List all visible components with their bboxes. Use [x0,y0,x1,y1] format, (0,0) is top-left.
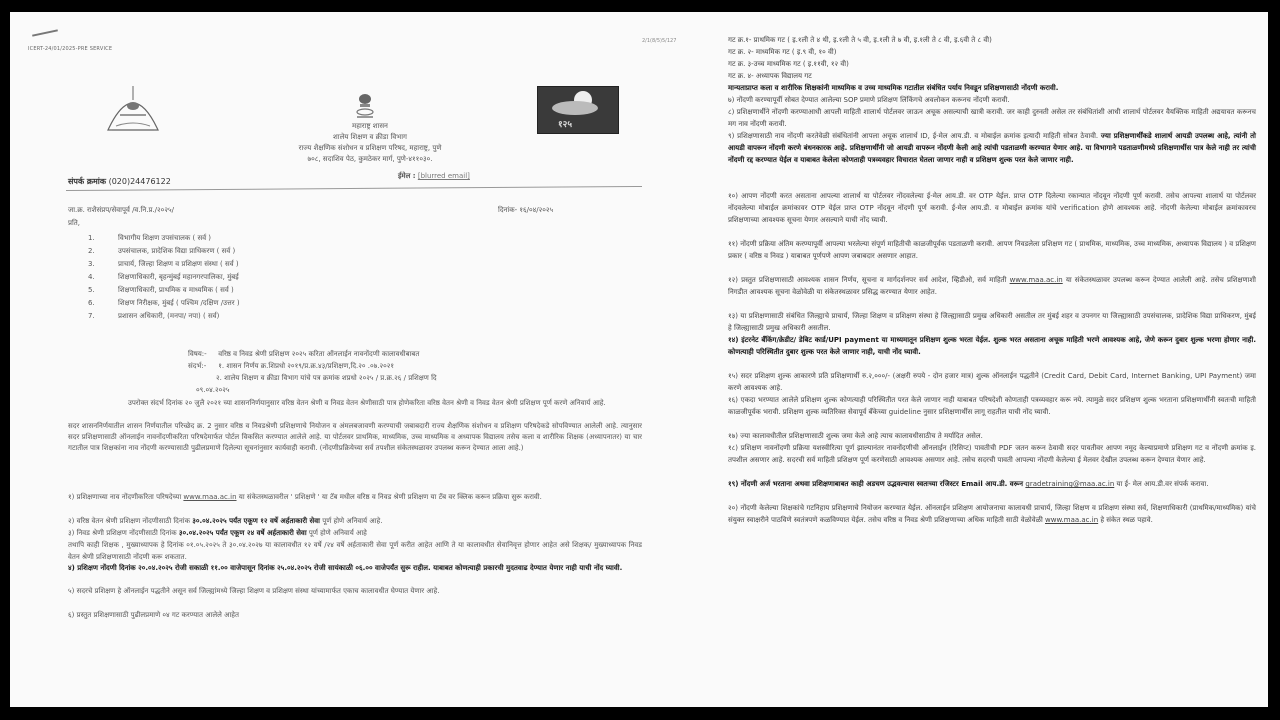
intro-paragraph-2: सदर शासननिर्णयातील शासन निर्णयातील परिच्… [68,421,642,454]
numbered-point: १३) या प्रशिक्षणासाठी संबंधित जिल्ह्याचे… [728,310,1256,334]
point-text: ९) प्रशिक्षणासाठी नाव नोंदणी करतेवेळी सं… [728,132,1101,140]
numbered-point: १०) आपण नोंदणी करत असताना आपल्या शालार्थ… [728,190,1256,226]
point-text: १७) ज्या कालावधीतील प्रशिक्षणासाठी शुल्क… [728,432,983,440]
header-government: महाराष्ट्र शासन [160,122,580,131]
numbered-point: १९) नोंदणी अर्ज भरताना अथवा प्रशिक्षणाबा… [728,478,1256,490]
header-council: राज्य शैक्षणिक संशोधन व प्रशिक्षण परिषद,… [160,144,580,153]
recipient-item: 2.उपसंचालक, प्रादेशिक विद्या प्राधिकरण (… [88,247,235,256]
numbered-point: १५) सदर प्रशिक्षण शुल्क आकारणे प्रति प्र… [728,370,1256,394]
point-text: ८) प्रशिक्षणार्थीने नोंदणी करण्याआधी आपल… [728,108,1256,128]
group-note: मान्यताप्राप्त कला व शारीरिक शिक्षकांनी … [728,82,1256,94]
numbered-point: ५) सदरचे प्रशिक्षण हे ऑनलाईन पद्धतीने अस… [68,586,642,598]
point-text: ७) नोंदणी करण्यापूर्वी सोबत देण्यात आलेल… [728,96,1010,104]
numbered-point: १) प्रशिक्षणाच्या नाव नोंदणीकरिता परिषदे… [68,492,642,504]
numbered-point: १७) ज्या कालावधीतील प्रशिक्षणासाठी शुल्क… [728,430,1256,442]
letter-date: दिनांक- १६/०४/२०२५ [498,206,553,215]
point-text: या ई- मेल आय.डी.वर संपर्क करावा. [1114,480,1208,488]
point-text: १३) या प्रशिक्षणासाठी संबंधित जिल्ह्याचे… [728,312,1256,332]
reference-1: संदर्भ:- १. शासन निर्णय क्र.शिप्रधो २०१९… [188,362,394,371]
recipient-name: प्रशासन अधिकारी, (मनपा/ नपा) ( सर्व) [118,312,219,320]
recipient-number: 2. [88,247,118,255]
recipient-number: 7. [88,312,118,320]
recipient-name: शिक्षण निरीक्षक, मुंबई ( पश्चिम /दक्षिण … [118,299,240,307]
bold-text: ३०.०४.२०२५ पर्यंत एकूण १२ वर्षे अर्हताका… [192,517,320,525]
numbered-point: ७) नोंदणी करण्यापूर्वी सोबत देण्यात आलेल… [728,94,1256,106]
bold-text: ४) प्रशिक्षण नोंदणी दिनांक २०.०४.२०२५ रो… [68,564,622,572]
recipient-name: उपसंचालक, प्रादेशिक विद्या प्राधिकरण ( स… [118,247,235,255]
numbered-point: तथापि काही शिक्षक , मुख्याध्यापक हे दिना… [68,540,642,563]
bold-text: १९) नोंदणी अर्ज भरताना अथवा प्रशिक्षणाबा… [728,480,1025,488]
recipient-item: 1.विभागीय शिक्षण उपसंचालक ( सर्व ) [88,234,211,243]
recipient-number: 5. [88,286,118,294]
subject-line: विषय:- वरिष्ठ व निवड श्रेणी प्रशिक्षण २०… [188,350,419,359]
scert-logo-icon [104,82,162,136]
state-emblem-icon [354,92,376,120]
recipient-item: 3.प्राचार्य, जिल्हा शिक्षण व प्रशिक्षण स… [88,260,239,269]
bold-text: १४) इंटरनेट बँकिंग/क्रेडीट/ डेबिट कार्ड/… [728,336,1256,356]
page-number-stamp: 2/1(8/5)5/127 [642,38,676,44]
header-department: शालेय शिक्षण व क्रीडा विभाग [160,133,580,142]
recipient-item: 7.प्रशासन अधिकारी, (मनपा/ नपा) ( सर्व) [88,312,219,321]
recipient-number: 3. [88,260,118,268]
point-text: १६) एकदा भरण्यात आलेले प्रशिक्षण शुल्क क… [728,396,1256,416]
to-label: प्रति, [68,219,80,228]
point-text: १) प्रशिक्षणाच्या नाव नोंदणीकरिता परिषदे… [68,493,183,501]
point-text: ५) सदरचे प्रशिक्षण हे ऑनलाईन पद्धतीने अस… [68,587,439,595]
point-text: ३) निवड श्रेणी प्रशिक्षण नोंदणीसाठी दिना… [68,529,179,537]
point-text: तथापि काही शिक्षक , मुख्याध्यापक हे दिना… [68,541,642,561]
page-2: 2/1(8/5)5/127 गट क्र.१- प्राथमिक गट ( इ.… [642,12,1268,707]
link[interactable]: www.maa.ac.in [1045,516,1098,524]
point-text: २०) नोंदणी केलेल्या शिक्षकांचे गटनिहाय प… [728,504,1256,524]
numbered-point: २) वरिष्ठ वेतन श्रेणी प्रशिक्षण नोंदणीसा… [68,516,642,528]
point-text: २) वरिष्ठ वेतन श्रेणी प्रशिक्षण नोंदणीसा… [68,517,192,525]
recipient-name: प्राचार्य, जिल्हा शिक्षण व प्रशिक्षण संस… [118,260,239,268]
link[interactable]: www.maa.ac.in [1010,276,1063,284]
point-text: १५) सदर प्रशिक्षण शुल्क आकारणे प्रति प्र… [728,372,1256,392]
numbered-point: २०) नोंदणी केलेल्या शिक्षकांचे गटनिहाय प… [728,502,1256,526]
bold-text: ३०.०४.२०२५ पर्यंत एकूण २४ वर्षे अर्हताका… [179,529,307,537]
point-text: १०) आपण नोंदणी करत असताना आपल्या शालार्थ… [728,192,1256,224]
group-item: गट क्र. २- माध्यमिक गट ( इ.९ वी, १० वी) [728,46,1256,58]
pen-mark [32,29,58,36]
recipient-item: 4.शिक्षणाधिकारी, बृहन्मुंबई महानगरपालिका… [88,273,239,282]
group-item: गट क्र.१- प्राथमिक गट ( इ.१ली ते ४ थी, इ… [728,34,1256,46]
point-text: ६) प्रस्तुत प्रशिक्षणासाठी पुढीलप्रमाणे … [68,611,239,619]
recipient-item: 5.शिक्षणाधिकारी, प्राथमिक व माध्यमिक ( स… [88,286,234,295]
point-text: पूर्ण होणे अनिवार्य आहे. [320,517,382,525]
contact-number: संपर्क क्रमांक (020)24476122 [68,176,171,187]
outward-number: जा.क्र. राशैसंप्रप/सेवापूर्व /व.नि.प्र./… [68,206,174,215]
reference-2-date: ०९.०४.२०२५ [196,386,230,395]
email-link[interactable]: [blurred email] [418,172,470,180]
page-1: ICERT-24/01/2025-PRE SERVICE १२५ [10,12,642,707]
numbered-point: ९) प्रशिक्षणासाठी नाव नोंदणी करतेवेळी सं… [728,130,1256,166]
numbered-point: ६) प्रस्तुत प्रशिक्षणासाठी पुढीलप्रमाणे … [68,610,642,622]
link[interactable]: gradetraining@maa.ac.in [1025,480,1114,488]
point-text: या संकेतस्थळावरील ' प्रशिक्षणे ' या टॅब … [237,493,542,501]
file-reference: ICERT-24/01/2025-PRE SERVICE [28,46,112,52]
scanned-document: ICERT-24/01/2025-PRE SERVICE १२५ [10,12,1268,707]
link[interactable]: www.maa.ac.in [183,493,236,501]
point-text: १२) प्रस्तुत प्रशिक्षणासाठी आवश्यक शासन … [728,276,1010,284]
numbered-point: १२) प्रस्तुत प्रशिक्षणासाठी आवश्यक शासन … [728,274,1256,298]
numbered-point: ३) निवड श्रेणी प्रशिक्षण नोंदणीसाठी दिना… [68,528,642,540]
email-line: ईमेल : [blurred email] [398,172,470,181]
point-text: ११) नोंदणी प्रक्रिया अंतिम करण्यापूर्वी … [728,240,1256,260]
point-text: हे संकेत स्थळ पहावे. [1098,516,1153,524]
point-text: १८) प्रशिक्षण नावनोंदणी प्रक्रिया यशस्वी… [728,444,1256,464]
header-address: ७०८, सदाशिव पेठ, कुमठेकर मार्ग, पुणे-४११… [160,155,580,164]
reference-2: २. शालेय शिक्षण व क्रीडा विभाग यांचे पत्… [216,374,437,383]
numbered-point: १६) एकदा भरण्यात आलेले प्रशिक्षण शुल्क क… [728,394,1256,418]
recipient-name: विभागीय शिक्षण उपसंचालक ( सर्व ) [118,234,211,242]
point-text: पूर्ण होणे अनिवार्य आहे [307,529,367,537]
group-item: गट क्र. ४- अध्यापक विद्यालय गट [728,70,1256,82]
recipient-number: 4. [88,273,118,281]
intro-paragraph-1: उपरोक्त संदर्भ दिनांक २० जुलै २०२१ च्या … [68,398,642,409]
recipient-number: 1. [88,234,118,242]
numbered-point: ११) नोंदणी प्रक्रिया अंतिम करण्यापूर्वी … [728,238,1256,262]
numbered-point: १४) इंटरनेट बँकिंग/क्रेडीट/ डेबिट कार्ड/… [728,334,1256,358]
recipient-name: शिक्षणाधिकारी, प्राथमिक व माध्यमिक ( सर्… [118,286,234,294]
recipient-number: 6. [88,299,118,307]
numbered-point: १८) प्रशिक्षण नावनोंदणी प्रक्रिया यशस्वी… [728,442,1256,466]
recipient-item: 6.शिक्षण निरीक्षक, मुंबई ( पश्चिम /दक्षि… [88,299,240,308]
group-item: गट क्र. ३-उच्च माध्यमिक गट ( इ.११वी, १२ … [728,58,1256,70]
recipient-name: शिक्षणाधिकारी, बृहन्मुंबई महानगरपालिका, … [118,273,239,281]
numbered-point: ८) प्रशिक्षणार्थीने नोंदणी करण्याआधी आपल… [728,106,1256,130]
numbered-point: ४) प्रशिक्षण नोंदणी दिनांक २०.०४.२०२५ रो… [68,563,642,575]
